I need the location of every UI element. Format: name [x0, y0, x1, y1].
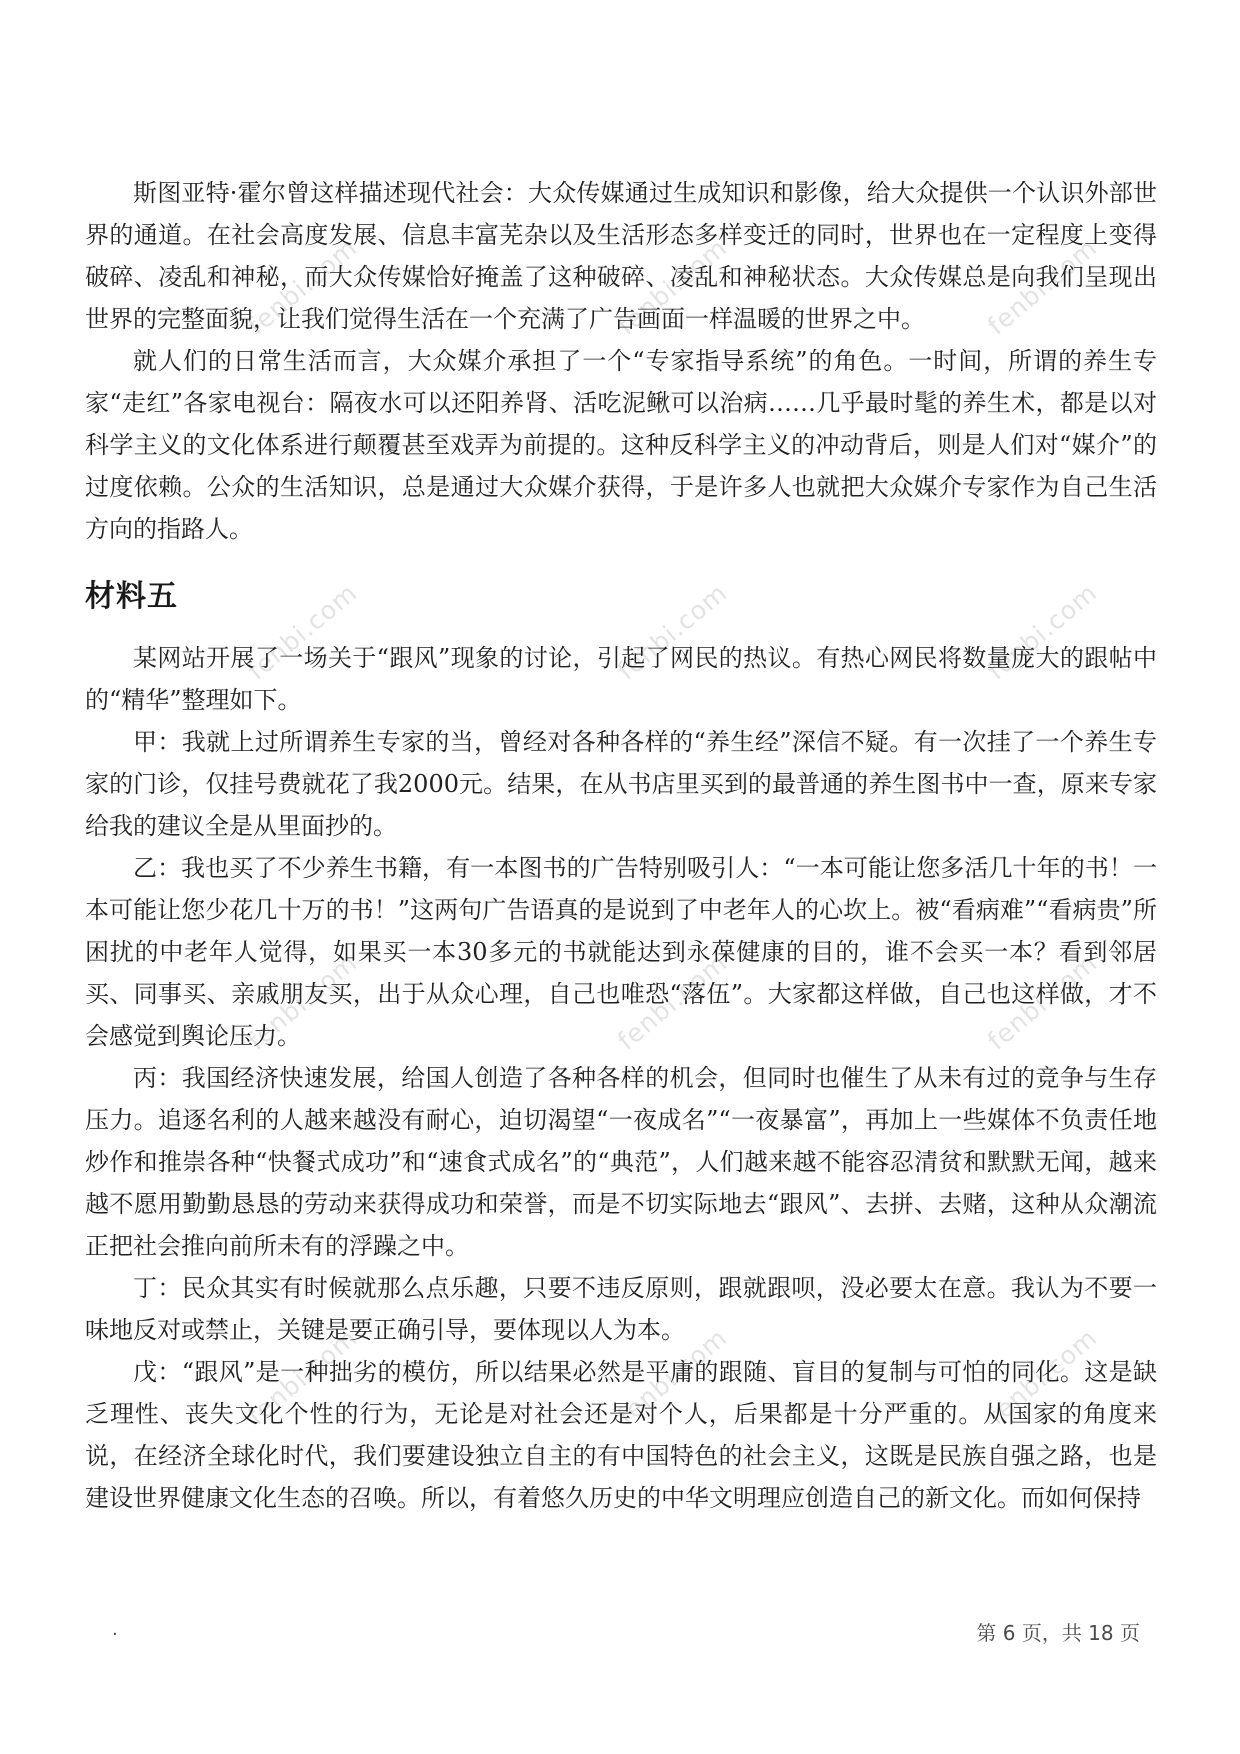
- paragraph-reply-wu: 戊：“跟风”是一种拙劣的模仿，所以结果必然是平庸的跟随、盲目的复制与可怕的同化。…: [85, 1351, 1157, 1519]
- paragraph-material5-intro: 某网站开展了一场关于“跟风”现象的讨论，引起了网民的热议。有热心网民将数量庞大的…: [85, 637, 1157, 721]
- paragraph-reply-bing: 丙：我国经济快速发展，给国人创造了各种各样的机会，但同时也催生了从未有过的竞争与…: [85, 1057, 1157, 1267]
- footer-page-number: 第 6 页，共 18 页: [976, 1617, 1140, 1646]
- paragraph-media-description: 斯图亚特·霍尔曾这样描述现代社会：大众传媒通过生成知识和影像，给大众提供一个认识…: [85, 172, 1157, 340]
- paragraph-reply-ding: 丁：民众其实有时候就那么点乐趣，只要不违反原则，跟就跟呗，没必要太在意。我认为不…: [85, 1267, 1157, 1351]
- paragraph-reply-jia: 甲：我就上过所谓养生专家的当，曾经对各种各样的“养生经”深信不疑。有一次挂了一个…: [85, 721, 1157, 847]
- paragraph-daily-life: 就人们的日常生活而言，大众媒介承担了一个“专家指导系统”的角色。一时间，所谓的养…: [85, 340, 1157, 550]
- footer-bullet: ·: [112, 1624, 118, 1645]
- document-page: fenbi.com fenbi.com fenbi.com fenbi.com …: [0, 0, 1240, 1754]
- paragraph-reply-yi: 乙：我也买了不少养生书籍，有一本图书的广告特别吸引人：“一本可能让您多活几十年的…: [85, 847, 1157, 1057]
- text-column: 斯图亚特·霍尔曾这样描述现代社会：大众传媒通过生成知识和影像，给大众提供一个认识…: [85, 0, 1157, 1519]
- section-heading-material-5: 材料五: [85, 574, 1157, 620]
